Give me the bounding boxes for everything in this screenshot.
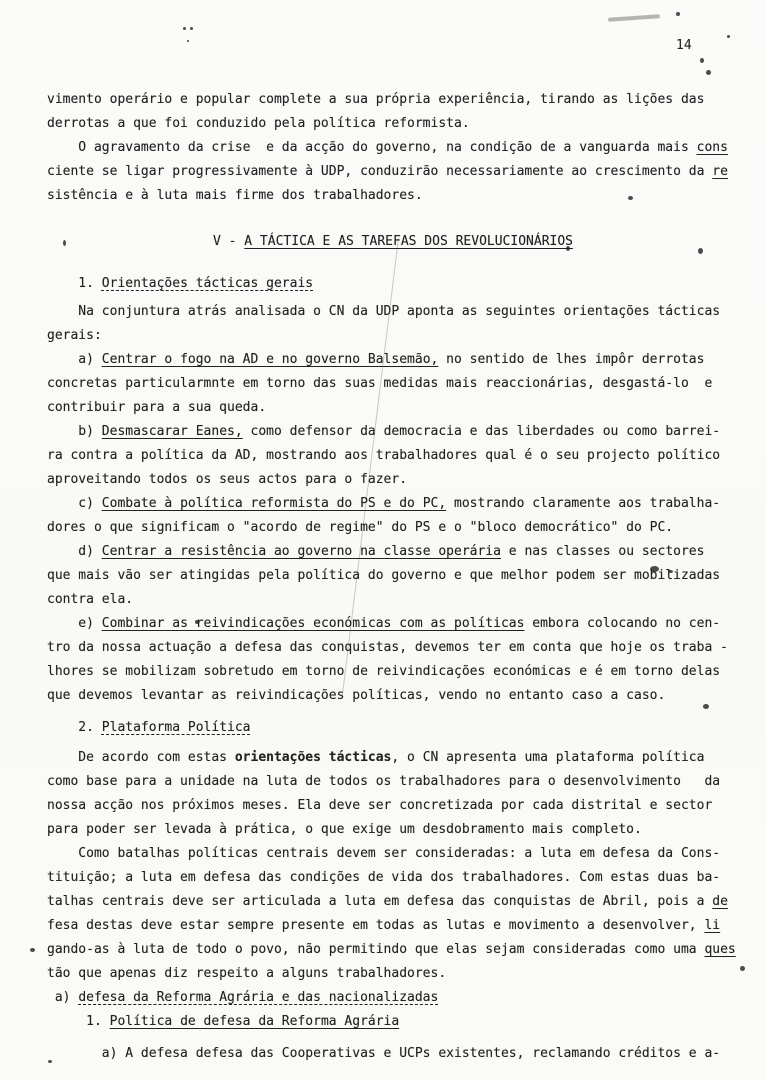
item-d-centrar-resistencia: d) Centrar a resistência ao governo na c… xyxy=(47,540,739,612)
underlined-text: Desmascarar Eanes, xyxy=(102,424,243,439)
text-line: contra ela. xyxy=(47,588,739,612)
paragraph-batalhas-centrais: Como batalhas políticas centrais devem s… xyxy=(47,842,739,986)
scan-speck xyxy=(183,27,186,30)
text-line: a) A defesa defesa das Cooperativas e UC… xyxy=(47,1042,739,1066)
text-segment: que mais vão ser atingidas pela política… xyxy=(47,568,720,583)
text-segment: dores o que significam o "acordo de regi… xyxy=(47,520,673,535)
text-line: Como batalhas políticas centrais devem s… xyxy=(47,842,739,866)
text-segment: b) xyxy=(47,424,102,439)
text-segment: De acordo com estas xyxy=(47,750,235,765)
text-segment: e nas classes ou sectores xyxy=(501,544,705,559)
text-segment: vimento operário e popular complete a su… xyxy=(47,92,704,107)
scan-speck xyxy=(698,248,703,254)
text-segment: Na conjuntura atrás analisada o CN da UD… xyxy=(47,304,720,319)
underlined-text: Combinar as reivindicações económicas co… xyxy=(102,616,525,631)
heading-plataforma-politica: 2. Plataforma Política xyxy=(47,716,739,740)
text-segment: a) xyxy=(47,990,78,1005)
text-segment: contra ela. xyxy=(47,592,133,607)
scan-speck xyxy=(187,40,189,42)
item-e-combinar-reivindicacoes: e) Combinar as reivindicações económicas… xyxy=(47,612,739,708)
underlined-text: de xyxy=(712,894,728,909)
paragraph-crise-governo: O agravamento da crise e da acção do gov… xyxy=(47,136,739,208)
text-segment: fesa destas deve estar sempre presente e… xyxy=(47,918,704,933)
text-line: que devemos levantar as reivindicações p… xyxy=(47,684,739,708)
text-segment: contribuir para a sua queda. xyxy=(47,400,266,415)
text-segment: mostrando claramente aos trabalha- xyxy=(446,496,720,511)
text-segment: talhas centrais deve ser articulada a lu… xyxy=(47,894,712,909)
scan-speck xyxy=(740,966,745,971)
text-line: V - A TÁCTICA E AS TAREFAS DOS REVOLUCIO… xyxy=(47,230,739,254)
item-a-defesa-cooperativas: a) A defesa defesa das Cooperativas e UC… xyxy=(47,1042,739,1066)
text-line: 2. Plataforma Política xyxy=(47,716,739,740)
scan-speck xyxy=(700,58,704,63)
text-line: talhas centrais deve ser articulada a lu… xyxy=(47,890,739,914)
text-segment: como base para a unidade na luta de todo… xyxy=(47,774,720,789)
text-line: lhores se mobilizam sobretudo em torno d… xyxy=(47,660,739,684)
text-segment: no sentido de lhes impôr derrotas xyxy=(438,352,704,367)
text-segment: ciente se ligar progressivamente à UDP, … xyxy=(47,164,712,179)
text-segment: gando-as à luta de todo o povo, não perm… xyxy=(47,942,704,957)
text-segment: derrotas a que foi conduzido pela políti… xyxy=(47,116,470,131)
underlined-text: li xyxy=(704,918,720,933)
text-segment: gerais: xyxy=(47,328,102,343)
underlined-text: Centrar o fogo na AD e no governo Balsem… xyxy=(102,352,439,367)
text-line: aproveitando todos os seus actos para o … xyxy=(47,468,739,492)
underlined-text: Combate à política reformista do PS e do… xyxy=(102,496,446,511)
scan-speck xyxy=(190,27,193,30)
scan-speck xyxy=(668,570,673,573)
text-segment: como defensor da democracia e das liberd… xyxy=(243,424,720,439)
text-segment: tro da nossa actuação a defesa das conqu… xyxy=(47,640,728,655)
scan-speck xyxy=(727,35,730,38)
scan-speck xyxy=(706,70,711,75)
text-line: tro da nossa actuação a defesa das conqu… xyxy=(47,636,739,660)
text-line: gerais: xyxy=(47,324,739,348)
document-text: vimento operário e popular complete a su… xyxy=(47,88,739,1066)
text-segment: que devemos levantar as reivindicações p… xyxy=(47,688,665,703)
text-segment: Como batalhas políticas centrais devem s… xyxy=(47,846,720,861)
scan-speck xyxy=(628,196,633,200)
text-line: fesa destas deve estar sempre presente e… xyxy=(47,914,739,938)
text-line: nossa acção nos próximos meses. Ela deve… xyxy=(47,794,739,818)
text-line: O agravamento da crise e da acção do gov… xyxy=(47,136,739,160)
paragraph-intro: vimento operário e popular complete a su… xyxy=(47,88,739,136)
text-line: gando-as à luta de todo o povo, não perm… xyxy=(47,938,739,962)
text-segment: embora colocando no cen- xyxy=(524,616,720,631)
text-segment: tituição; a luta em defesa das condições… xyxy=(47,870,720,885)
text-segment: orientações tácticas xyxy=(235,750,392,765)
text-line: concretas particularmnte em torno das su… xyxy=(47,372,739,396)
text-line: a) defesa da Reforma Agrária e das nacio… xyxy=(47,986,739,1010)
text-line: ciente se ligar progressivamente à UDP, … xyxy=(47,160,739,184)
text-line: 1. Política de defesa da Reforma Agrária xyxy=(47,1010,739,1034)
text-line: sistência e à luta mais firme dos trabal… xyxy=(47,184,739,208)
text-segment: sistência e à luta mais firme dos trabal… xyxy=(47,188,423,203)
text-segment: 1. xyxy=(47,1014,110,1029)
underlined-text: A TÁCTICA E AS TAREFAS DOS REVOLUCIONÁRI… xyxy=(244,234,573,249)
text-segment: 1. xyxy=(47,276,102,291)
text-line: para poder ser levada à prática, o que e… xyxy=(47,818,739,842)
scan-speck xyxy=(63,240,66,246)
scan-speck xyxy=(676,12,680,16)
text-segment: d) xyxy=(47,544,102,559)
scan-speck xyxy=(48,1060,52,1063)
text-segment: aproveitando todos os seus actos para o … xyxy=(47,472,407,487)
text-line: e) Combinar as reivindicações económicas… xyxy=(47,612,739,636)
text-segment: tão que apenas diz respeito a alguns tra… xyxy=(47,966,446,981)
text-segment: lhores se mobilizam sobretudo em torno d… xyxy=(47,664,720,679)
scan-smudge xyxy=(608,14,660,22)
underlined-text: Centrar a resistência ao governo na clas… xyxy=(102,544,501,559)
text-line: como base para a unidade na luta de todo… xyxy=(47,770,739,794)
text-line: c) Combate à política reformista do PS e… xyxy=(47,492,739,516)
underlined-text: Plataforma Política xyxy=(102,720,251,735)
text-segment: e) xyxy=(47,616,102,631)
underlined-text: re xyxy=(712,164,728,179)
text-segment: a) A defesa defesa das Cooperativas e UC… xyxy=(47,1046,720,1061)
text-segment: c) xyxy=(47,496,102,511)
text-segment: 2. xyxy=(47,720,102,735)
text-line: b) Desmascarar Eanes, como defensor da d… xyxy=(47,420,739,444)
scan-speck xyxy=(30,948,35,952)
text-line: derrotas a que foi conduzido pela políti… xyxy=(47,112,739,136)
paragraph-conjuntura: Na conjuntura atrás analisada o CN da UD… xyxy=(47,300,739,348)
text-segment: V - xyxy=(213,234,244,249)
text-line: dores o que significam o "acordo de regi… xyxy=(47,516,739,540)
scan-speck xyxy=(650,566,659,572)
scanned-page: 14 vimento operário e popular complete a… xyxy=(0,0,766,1080)
text-line: que mais vão ser atingidas pela política… xyxy=(47,564,739,588)
text-line: contribuir para a sua queda. xyxy=(47,396,739,420)
scan-speck xyxy=(703,704,709,709)
heading-tactica-tarefas: V - A TÁCTICA E AS TAREFAS DOS REVOLUCIO… xyxy=(47,230,739,254)
paragraph-plataforma: De acordo com estas orientações tácticas… xyxy=(47,746,739,842)
heading-politica-defesa-reforma: 1. Política de defesa da Reforma Agrária xyxy=(47,1010,739,1034)
item-c-combate-reformista: c) Combate à política reformista do PS e… xyxy=(47,492,739,540)
item-b-desmascarar-eanes: b) Desmascarar Eanes, como defensor da d… xyxy=(47,420,739,492)
text-line: De acordo com estas orientações tácticas… xyxy=(47,746,739,770)
text-segment: para poder ser levada à prática, o que e… xyxy=(47,822,642,837)
scan-speck xyxy=(195,620,199,624)
text-line: vimento operário e popular complete a su… xyxy=(47,88,739,112)
text-segment: a) xyxy=(47,352,102,367)
text-line: a) Centrar o fogo na AD e no governo Bal… xyxy=(47,348,739,372)
underlined-text: defesa da Reforma Agrária e das nacional… xyxy=(78,990,438,1005)
text-segment: , o CN apresenta uma plataforma política xyxy=(391,750,704,765)
text-line: d) Centrar a resistência ao governo na c… xyxy=(47,540,739,564)
text-line: Na conjuntura atrás analisada o CN da UD… xyxy=(47,300,739,324)
text-line: tituição; a luta em defesa das condições… xyxy=(47,866,739,890)
underlined-text: Orientações tácticas gerais xyxy=(102,276,313,291)
page-number: 14 xyxy=(676,38,692,54)
text-line: tão que apenas diz respeito a alguns tra… xyxy=(47,962,739,986)
item-a-centrar-fogo: a) Centrar o fogo na AD e no governo Bal… xyxy=(47,348,739,420)
text-segment: nossa acção nos próximos meses. Ela deve… xyxy=(47,798,712,813)
text-line: ra contra a política da AD, mostrando ao… xyxy=(47,444,739,468)
underlined-text: ques xyxy=(704,942,735,957)
scan-speck xyxy=(566,246,570,251)
underlined-text: cons xyxy=(697,140,728,155)
text-segment: O agravamento da crise e da acção do gov… xyxy=(47,140,697,155)
text-segment: ra contra a política da AD, mostrando ao… xyxy=(47,448,720,463)
heading-defesa-reforma-agraria: a) defesa da Reforma Agrária e das nacio… xyxy=(47,986,739,1010)
underlined-text: Política de defesa da Reforma Agrária xyxy=(110,1014,400,1029)
